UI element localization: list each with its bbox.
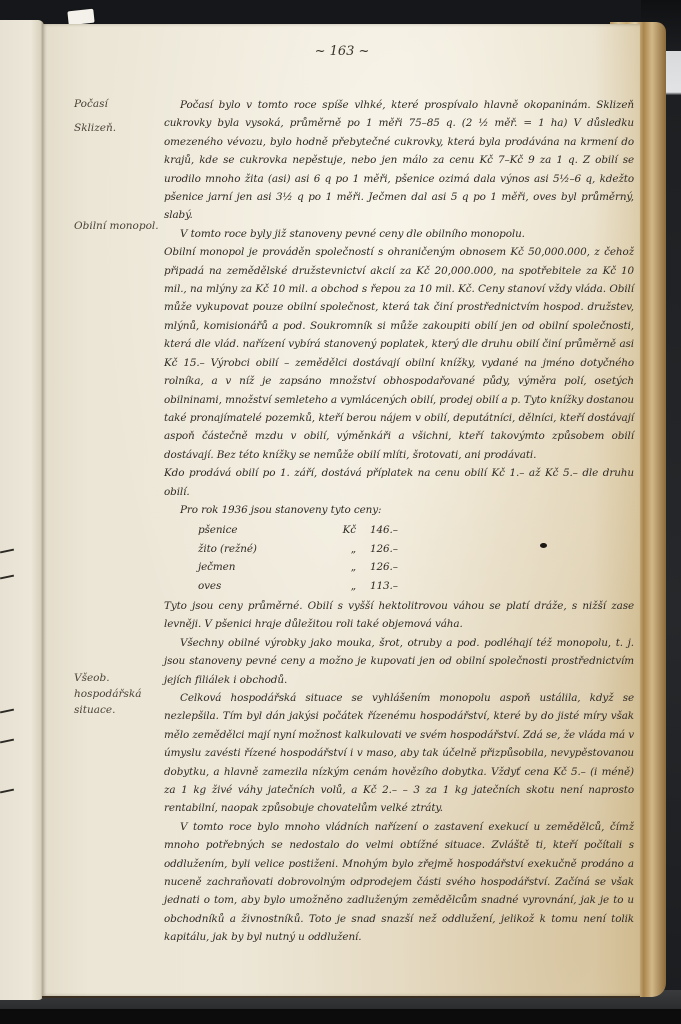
price-row: žito (režné) „ 126.– xyxy=(194,540,402,558)
price-item-name: pšenice xyxy=(194,521,312,539)
paragraph-weather-harvest: Počasí bylo v tomto roce spíše vlhké, kt… xyxy=(164,96,634,225)
margin-note-hospodarska-situace: Všeob. hospodářská situace. xyxy=(74,670,164,718)
handwriting-fragment xyxy=(0,549,14,554)
price-currency: Kč xyxy=(312,521,366,539)
margin-note-obilni-monopol: Obilní monopol. xyxy=(74,218,164,234)
price-item-name: oves xyxy=(194,577,312,595)
paragraph-economic-situation: Celková hospodářská situace se vyhlášení… xyxy=(164,689,634,818)
price-currency: „ xyxy=(312,540,366,558)
price-currency: „ xyxy=(312,577,366,595)
price-row: oves „ 113.– xyxy=(194,577,402,595)
price-item-name: ječmen xyxy=(194,558,312,576)
margin-note-sklizen: Sklizeň. xyxy=(74,120,164,136)
bookmark-tab xyxy=(67,9,94,26)
paragraph-grain-products: Všechny obilné výrobky jako mouka, šrot,… xyxy=(164,634,634,689)
page-number: ~ 163 ~ xyxy=(312,44,372,59)
body-text: Počasí bylo v tomto roce spíše vlhké, kt… xyxy=(164,96,634,947)
facing-page-left xyxy=(0,20,44,1000)
margin-note-pocasi: Počasí xyxy=(74,96,164,112)
paragraph-average-prices: Tyto jsou ceny průměrné. Obilí s vyšší h… xyxy=(164,597,634,634)
handwriting-fragment xyxy=(0,575,14,580)
paragraph-surcharge: Kdo prodává obilí po 1. září, dostává př… xyxy=(164,464,634,501)
price-row: ječmen „ 126.– xyxy=(194,558,402,576)
paragraph-grain-monopoly: Obilní monopol je prováděn společností s… xyxy=(164,243,634,464)
price-row: pšenice Kč 146.– xyxy=(194,521,402,539)
ink-blot xyxy=(540,543,547,548)
price-currency: „ xyxy=(312,558,366,576)
handwriting-fragment xyxy=(0,709,14,714)
handwriting-fragment xyxy=(0,739,14,744)
price-value: 146.– xyxy=(366,521,402,539)
price-value: 126.– xyxy=(366,540,402,558)
price-item-name: žito (režné) xyxy=(194,540,312,558)
price-list: pšenice Kč 146.– žito (režné) „ 126.– je… xyxy=(194,521,402,595)
handwriting-fragment xyxy=(0,789,14,794)
paragraph-fixed-prices: V tomto roce byly již stanoveny pevné ce… xyxy=(164,225,634,243)
price-value: 113.– xyxy=(366,577,402,595)
paragraph-debt-relief: V tomto roce bylo mnoho vládních nařízen… xyxy=(164,818,634,947)
chronicle-page: ~ 163 ~ Počasí Sklizeň. Obilní monopol. … xyxy=(42,24,640,998)
price-value: 126.– xyxy=(366,558,402,576)
paragraph-prices-intro: Pro rok 1936 jsou stanoveny tyto ceny: xyxy=(164,501,634,519)
